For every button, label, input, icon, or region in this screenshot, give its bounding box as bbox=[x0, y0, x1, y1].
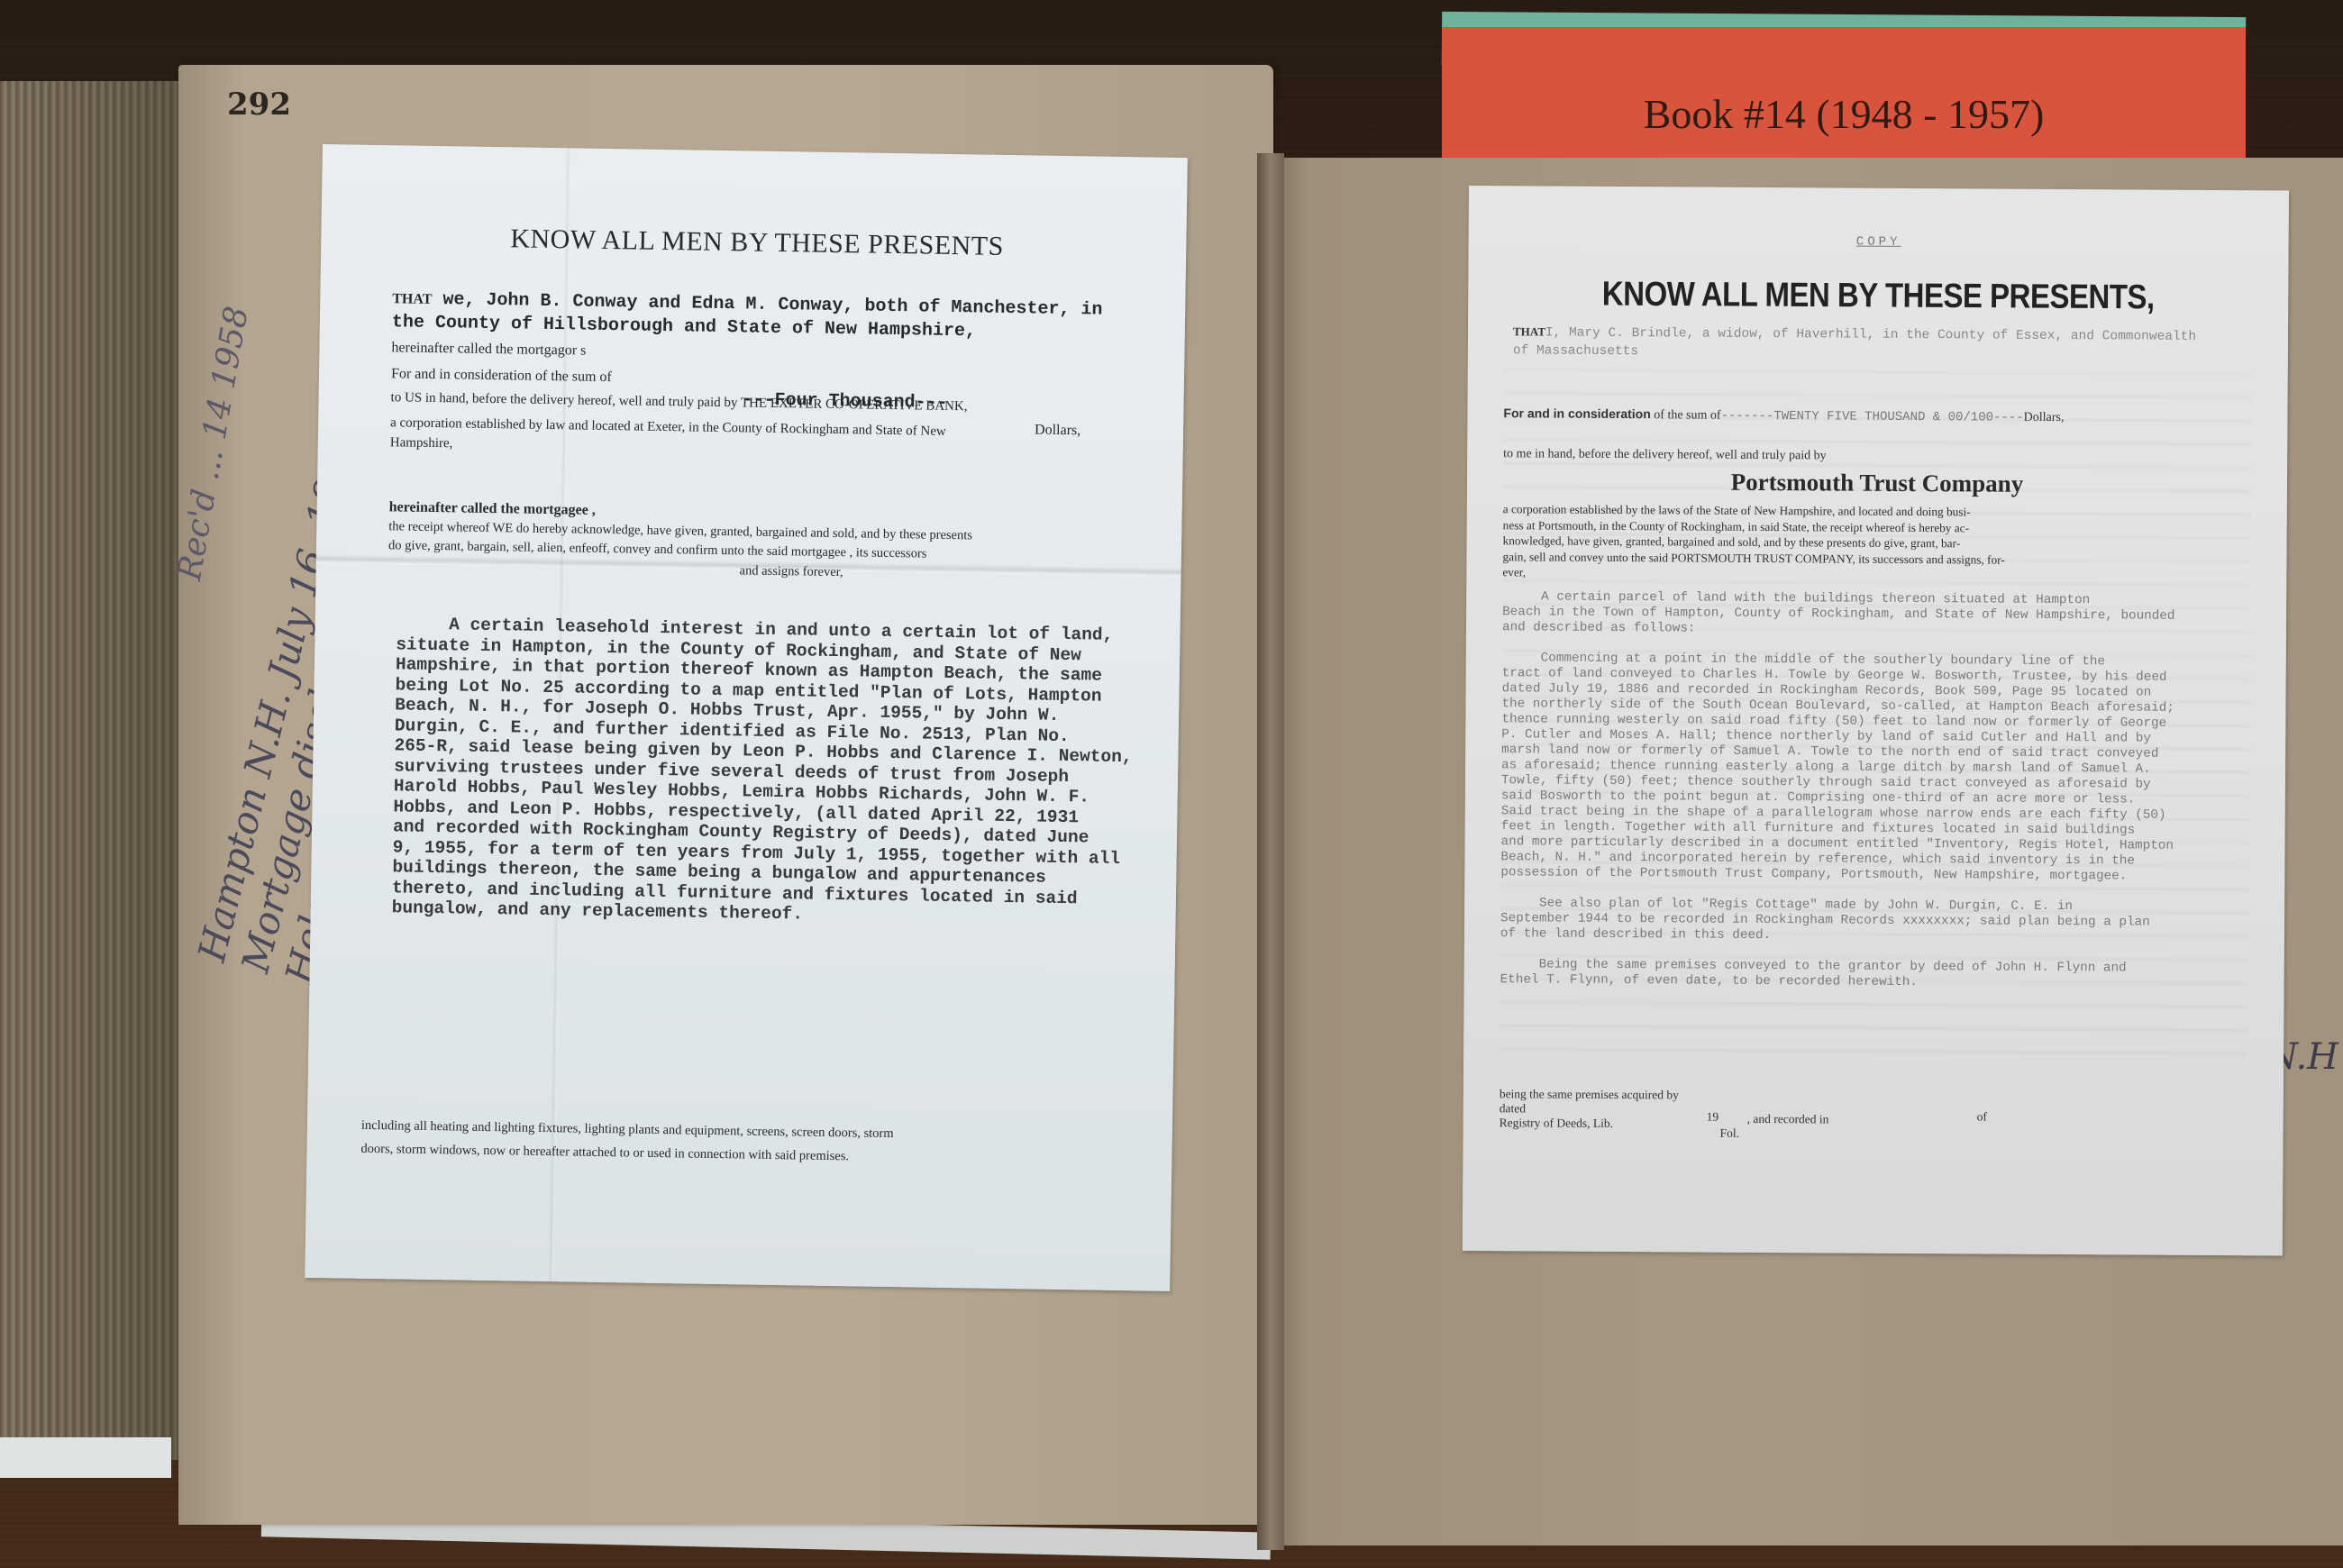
page-number: 292 bbox=[227, 87, 291, 123]
corporation-line-2: Hampshire, bbox=[390, 435, 453, 451]
consideration-line: For and in consideration of the sum of bbox=[391, 366, 612, 386]
registry-label: Registry of Deeds, Lib. bbox=[1500, 1116, 1613, 1130]
page-stack-shadow bbox=[0, 81, 180, 1460]
deed-acquisition-footer: being the same premises acquired by date… bbox=[1500, 1087, 1679, 1131]
that-label: THAT bbox=[392, 291, 432, 307]
consideration-rest: of the sum of bbox=[1654, 408, 1720, 422]
mortgagor-line: hereinafter called the mortgagor s bbox=[391, 340, 586, 359]
mortgage-deed-conway: KNOW ALL MEN BY THESE PRESENTS THAT we, … bbox=[305, 144, 1188, 1291]
of-label: of bbox=[1977, 1109, 1987, 1124]
deed-title: KNOW ALL MEN BY THESE PRESENTS, bbox=[1468, 273, 2288, 317]
grantor-text: we, John B. Conway and Edna M. Conway, b… bbox=[392, 289, 1103, 342]
dollars-label: Dollars, bbox=[1035, 422, 1080, 439]
paid-by-line: to me in hand, before the delivery hereo… bbox=[1503, 447, 1827, 463]
fol-label: Fol. bbox=[1720, 1126, 1739, 1141]
deed-grantor: THAT we, John B. Conway and Edna M. Conw… bbox=[392, 287, 1114, 346]
grantee-company: Portsmouth Trust Company bbox=[1467, 467, 2287, 500]
that-label: THAT bbox=[1513, 324, 1545, 338]
binder-label-title: Book #14 (1948 - 1957) bbox=[1442, 90, 2246, 138]
book-spine bbox=[1257, 153, 1284, 1550]
deed-title: KNOW ALL MEN BY THESE PRESENTS bbox=[510, 223, 1004, 262]
recorded-in-label: , and recorded in bbox=[1747, 1112, 1829, 1127]
dollars-label: Dollars, bbox=[2024, 411, 2065, 424]
consideration-amount: -------TWENTY FIVE THOUSAND & 00/100---- bbox=[1721, 409, 2024, 425]
corporation-clause: a corporation established by the laws of… bbox=[1502, 501, 2269, 585]
property-description: A certain leasehold interest in and unto… bbox=[392, 614, 1117, 929]
deed-grantor: THATI, Mary C. Brindle, a widow, of Have… bbox=[1513, 323, 2270, 364]
grantor-text: I, Mary C. Brindle, a widow, of Haverhil… bbox=[1545, 326, 2196, 344]
corporation-line: a corporation established by law and loc… bbox=[390, 415, 946, 440]
deed-fixtures-clause: including all heating and lighting fixtu… bbox=[360, 1114, 894, 1169]
paper-scrap bbox=[0, 1437, 171, 1478]
copy-mark: COPY bbox=[1469, 232, 2289, 252]
acquired-by-line: being the same premises acquired by bbox=[1500, 1087, 1679, 1102]
assigns-line: and assigns forever, bbox=[739, 563, 843, 580]
dated-label: dated bbox=[1500, 1101, 1679, 1117]
property-description: A certain parcel of land with the buildi… bbox=[1500, 589, 2278, 992]
consideration-line: For and in consideration of the sum of--… bbox=[1503, 406, 2064, 425]
year-prefix: 19 bbox=[1707, 1110, 1719, 1125]
consideration-label: For and in consideration bbox=[1503, 406, 1650, 421]
mortgage-deed-brindle: COPY KNOW ALL MEN BY THESE PRESENTS, THA… bbox=[1463, 186, 2289, 1256]
mortgagee-line: hereinafter called the mortgagee , bbox=[389, 499, 596, 519]
